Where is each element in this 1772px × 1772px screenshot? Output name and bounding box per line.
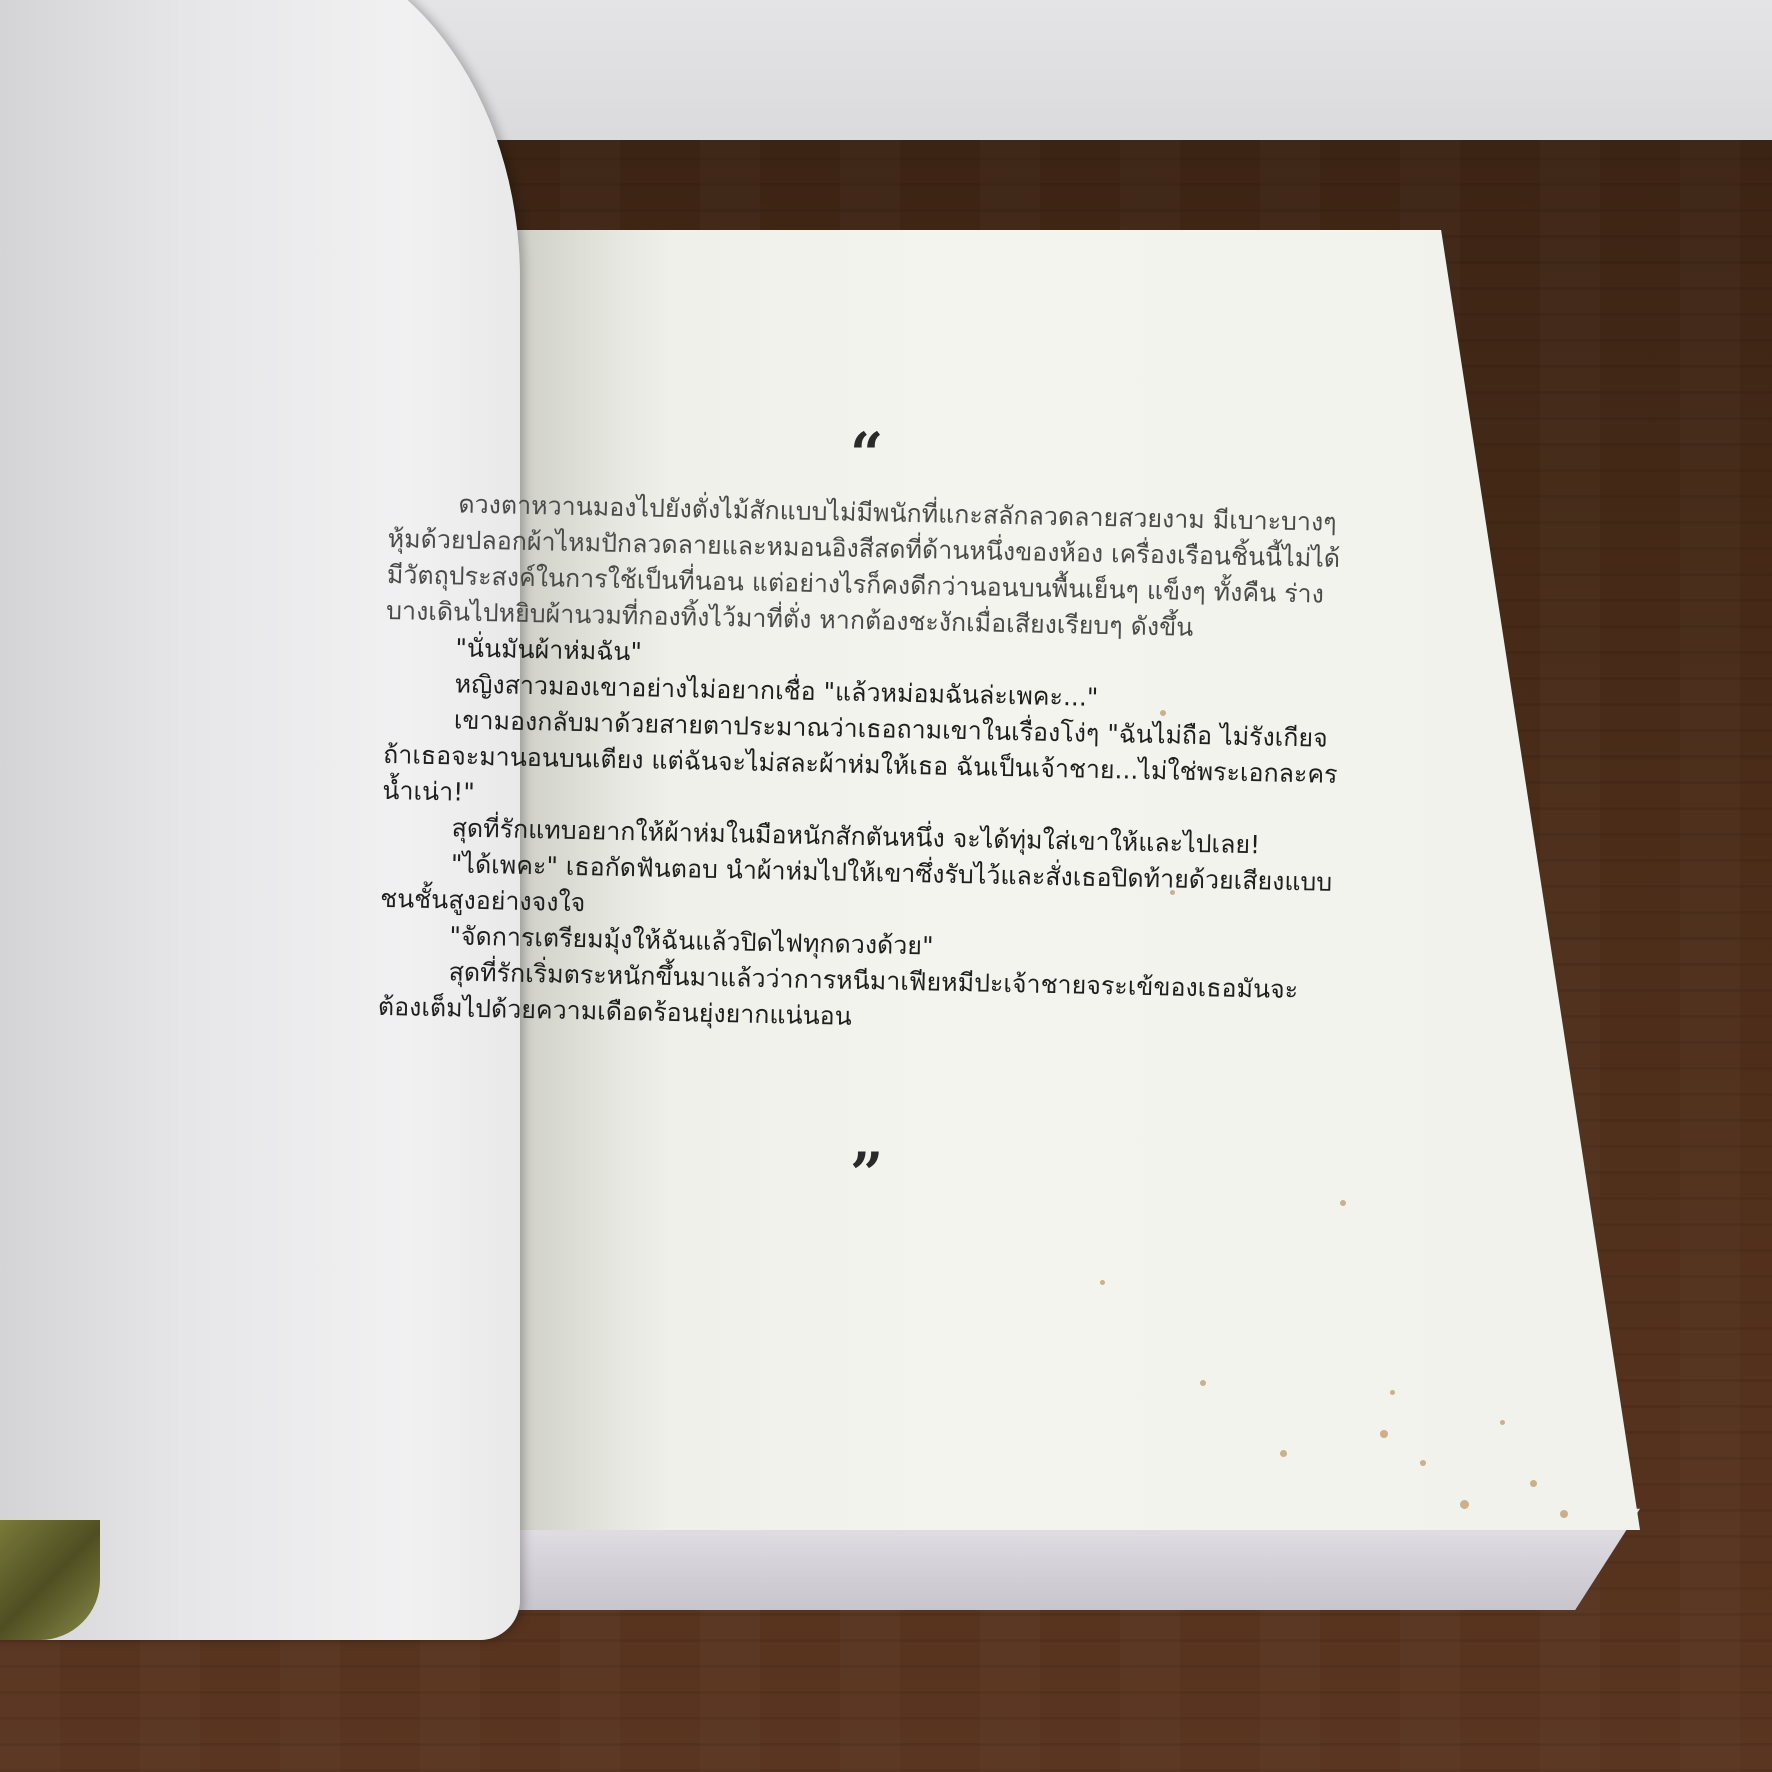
foxing-spot: [1380, 1430, 1388, 1438]
foxing-spot: [1340, 1200, 1346, 1206]
foxing-spot: [1500, 1420, 1505, 1425]
paragraph: เขามองกลับมาด้วยสายตาประมาณว่าเธอถามเขาใ…: [382, 701, 1344, 829]
foxing-spot: [1530, 1480, 1537, 1487]
foxing-spot: [1460, 1500, 1469, 1509]
foxing-spot: [1390, 1390, 1395, 1395]
page-text: ดวงตาหวานมองไปยังตั่งไม้สักแบบไม่มีพนักท…: [378, 430, 1350, 1045]
foxing-spot: [1200, 1380, 1206, 1386]
foxing-spot: [1280, 1450, 1287, 1457]
close-quote-mark: ”: [850, 1140, 883, 1208]
foxing-spot: [1560, 1510, 1568, 1518]
paragraph: ดวงตาหวานมองไปยังตั่งไม้สักแบบไม่มีพนักท…: [386, 485, 1349, 649]
foxing-spot: [1420, 1460, 1426, 1466]
foxing-spot: [1100, 1280, 1105, 1285]
